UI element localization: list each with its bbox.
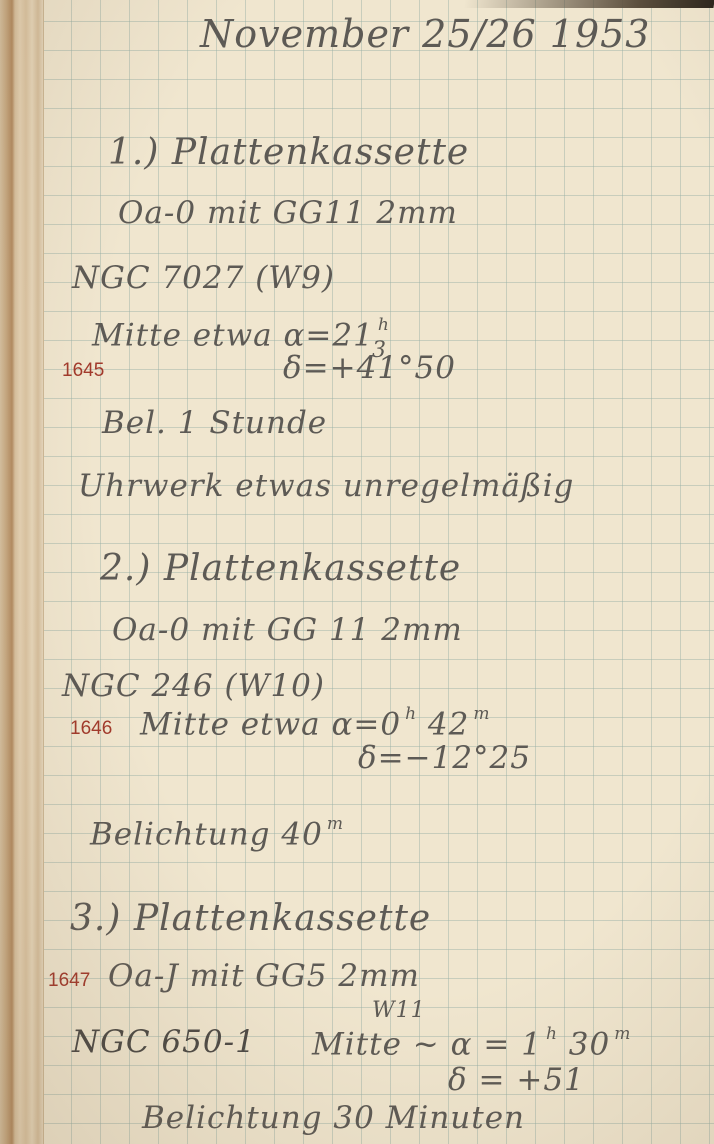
entry-3-ra-value: Mitte ~ α = 1: [312, 1026, 542, 1062]
entry-3-heading: 3.) Plattenkassette: [70, 898, 431, 939]
top-edge-shadow: [463, 0, 714, 8]
entry-2-plate-number: 1646: [70, 718, 112, 740]
entry-3-ra-hours-sup: h: [546, 1024, 558, 1044]
entry-1-exposure: Bel. 1 Stunde: [102, 405, 327, 441]
entry-3-plate: Oa-J mit GG5 2mm: [108, 958, 420, 994]
entry-1-center-dec: δ=+41°50: [283, 350, 456, 386]
entry-2-center-dec: δ=−12°25: [358, 740, 531, 776]
entry-2-plate: Oa-0 mit GG 11 2mm: [112, 612, 463, 648]
entry-2-ra-hours-sup: h: [405, 704, 417, 724]
entry-2-center-ra: Mitte etwa α=0h 42m: [140, 704, 491, 742]
entry-3-plate-number: 1647: [48, 970, 90, 992]
entry-1-ra-hours-sup: h: [378, 315, 390, 335]
entry-1-heading: 1.) Plattenkassette: [108, 132, 469, 173]
stacked-page-edges: [0, 0, 44, 1144]
entry-1-plate: Oa-0 mit GG11 2mm: [118, 195, 458, 231]
entry-2-ra-value: Mitte etwa α=0: [140, 706, 401, 742]
entry-1-ra-value: Mitte etwa α=21: [92, 317, 374, 353]
entry-3-annotation: W11: [372, 998, 426, 1023]
entry-1-plate-number: 1645: [62, 360, 104, 382]
page-date: November 25/26 1953: [200, 12, 650, 56]
entry-2-object: NGC 246 (W10): [62, 668, 325, 704]
entry-1-object: NGC 7027 (W9): [72, 260, 335, 296]
entry-2-ra-minutes-sup: m: [473, 704, 490, 724]
entry-2-ra-minutes: 42: [428, 706, 469, 742]
entry-3-ra-minutes: 30: [569, 1026, 610, 1062]
entry-2-exposure-unit: m: [327, 814, 344, 834]
entry-2-exposure-value: Belichtung 40: [90, 816, 323, 852]
entry-3-object: NGC 650-1: [72, 1024, 256, 1060]
entry-3-exposure: Belichtung 30 Minuten: [142, 1100, 525, 1136]
entry-2-exposure: Belichtung 40m: [90, 814, 344, 852]
entry-1-center-ra: Mitte etwa α=21h: [92, 315, 390, 353]
entry-3-center-ra: Mitte ~ α = 1h 30m: [312, 1024, 631, 1062]
entry-3-ra-minutes-sup: m: [614, 1024, 631, 1044]
entry-3-center-dec: δ = +51: [448, 1062, 585, 1098]
entry-2-heading: 2.) Plattenkassette: [100, 548, 461, 589]
notebook-page: November 25/26 1953 1.) Plattenkassette …: [0, 0, 714, 1144]
entry-1-note: Uhrwerk etwas unregelmäßig: [78, 468, 574, 504]
